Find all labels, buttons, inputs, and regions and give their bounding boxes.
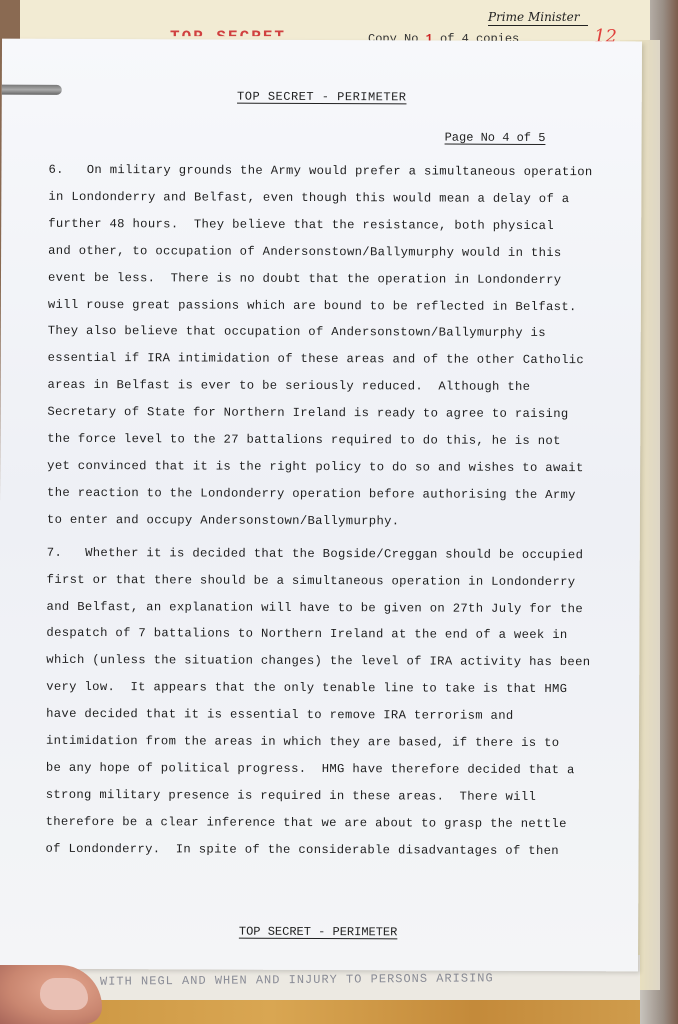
text-line: first or that there should be a simultan…	[47, 566, 637, 595]
document-body: 6. On military grounds the Army would pr…	[45, 157, 638, 871]
text-line: have decided that it is essential to rem…	[46, 701, 636, 730]
classification-footer-text: TOP SECRET - PERIMETER	[239, 925, 397, 940]
text-line: areas in Belfast is ever to be seriously…	[47, 372, 637, 401]
paragraph-7: 7. Whether it is decided that the Bogsid…	[45, 539, 636, 864]
text-line: in Londonderry and Belfast, even though …	[48, 184, 638, 213]
text-line: essential if IRA intimidation of these a…	[48, 345, 638, 374]
text-line: of Londonderry. In spite of the consider…	[45, 835, 635, 864]
classification-header: TOP SECRET - PERIMETER	[2, 89, 642, 106]
text-line: yet convinced that it is the right polic…	[47, 453, 637, 482]
text-line: very low. It appears that the only tenab…	[46, 674, 636, 703]
page-number: Page No 4 of 5	[445, 131, 546, 145]
text-line: and Belfast, an explanation will have to…	[46, 593, 636, 622]
text-line: despatch of 7 battalions to Northern Ire…	[46, 620, 636, 649]
text-line: therefore be a clear inference that we a…	[46, 809, 636, 838]
text-line: will rouse great passions which are boun…	[48, 291, 638, 320]
text-line: which (unless the situation changes) the…	[46, 647, 636, 676]
document-page: TOP SECRET - PERIMETER Page No 4 of 5 6.…	[0, 39, 642, 972]
text-line: intimidation from the areas in which the…	[46, 728, 636, 757]
classification-footer: TOP SECRET - PERIMETER	[0, 924, 638, 941]
text-line: the reaction to the Londonderry operatio…	[47, 480, 637, 509]
text-line: strong military presence is required in …	[46, 782, 636, 811]
classification-header-text: TOP SECRET - PERIMETER	[237, 90, 406, 105]
paragraph-6: 6. On military grounds the Army would pr…	[47, 157, 639, 536]
text-line: They also believe that occupation of And…	[48, 318, 638, 347]
text-line: further 48 hours. They believe that the …	[48, 211, 638, 240]
text-line: event be less. There is no doubt that th…	[48, 264, 638, 293]
under-sheet-text: WITH NEGL AND WHEN AND INJURY TO PERSONS…	[100, 971, 494, 988]
text-line: and other, to occupation of Andersonstow…	[48, 238, 638, 267]
handwritten-annotation: Prime Minister	[488, 10, 588, 26]
text-line: be any hope of political progress. HMG h…	[46, 755, 636, 784]
text-line: 7. Whether it is decided that the Bogsid…	[47, 539, 637, 568]
text-line: the force level to the 27 battalions req…	[47, 426, 637, 455]
text-line: Secretary of State for Northern Ireland …	[47, 399, 637, 428]
thumbnail-nail	[40, 978, 88, 1010]
text-line: to enter and occupy Andersonstown/Ballym…	[47, 507, 637, 536]
text-line: 6. On military grounds the Army would pr…	[48, 157, 638, 186]
